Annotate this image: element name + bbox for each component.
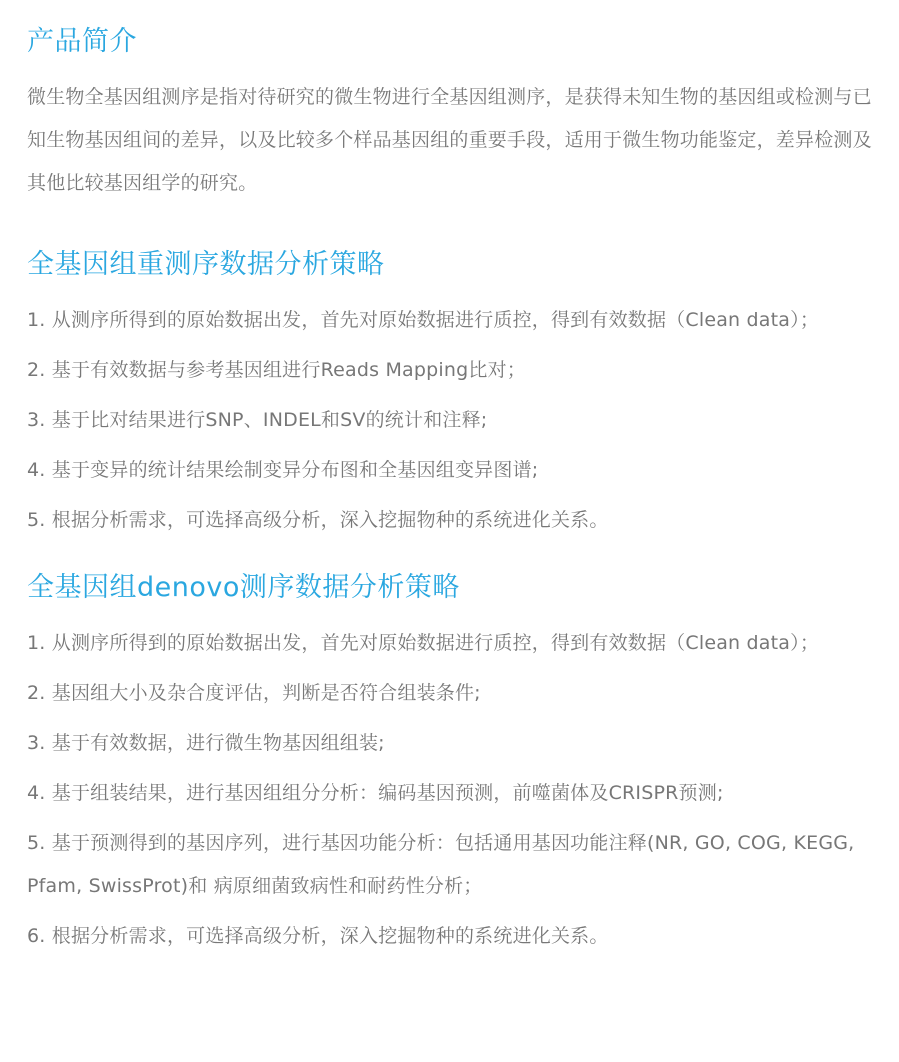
paragraph: 4. 基于变异的统计结果绘制变异分布图和全基因组变异图谱;: [27, 449, 872, 492]
product-description-content: 产品简介微生物全基因组测序是指对待研究的微生物进行全基因组测序，是获得未知生物的…: [0, 26, 899, 958]
section-heading: 全基因组denovo测序数据分析策略: [27, 572, 872, 604]
paragraph: 3. 基于比对结果进行SNP、INDEL和SV的统计和注释;: [27, 399, 872, 442]
section: 全基因组重测序数据分析策略1. 从测序所得到的原始数据出发，首先对原始数据进行质…: [27, 249, 872, 542]
paragraph: 4. 基于组装结果，进行基因组组分分析：编码基因预测，前噬菌体及CRISPR预测…: [27, 772, 872, 815]
section: 产品简介微生物全基因组测序是指对待研究的微生物进行全基因组测序，是获得未知生物的…: [27, 26, 872, 205]
paragraph: 2. 基因组大小及杂合度评估，判断是否符合组装条件;: [27, 672, 872, 715]
paragraph: 6. 根据分析需求，可选择高级分析，深入挖掘物种的系统进化关系。: [27, 915, 872, 958]
paragraph: 微生物全基因组测序是指对待研究的微生物进行全基因组测序，是获得未知生物的基因组或…: [27, 76, 872, 205]
paragraph: 5. 基于预测得到的基因序列，进行基因功能分析：包括通用基因功能注释(NR, G…: [27, 822, 872, 908]
paragraph: 5. 根据分析需求，可选择高级分析，深入挖掘物种的系统进化关系。: [27, 499, 872, 542]
paragraph: 1. 从测序所得到的原始数据出发，首先对原始数据进行质控，得到有效数据（Clea…: [27, 299, 872, 342]
section: 全基因组denovo测序数据分析策略1. 从测序所得到的原始数据出发，首先对原始…: [27, 572, 872, 958]
paragraph: 3. 基于有效数据，进行微生物基因组组装;: [27, 722, 872, 765]
paragraph: 1. 从测序所得到的原始数据出发，首先对原始数据进行质控，得到有效数据（Clea…: [27, 622, 872, 665]
section-heading: 产品简介: [27, 26, 872, 58]
paragraph: 2. 基于有效数据与参考基因组进行Reads Mapping比对；: [27, 349, 872, 392]
section-heading: 全基因组重测序数据分析策略: [27, 249, 872, 281]
